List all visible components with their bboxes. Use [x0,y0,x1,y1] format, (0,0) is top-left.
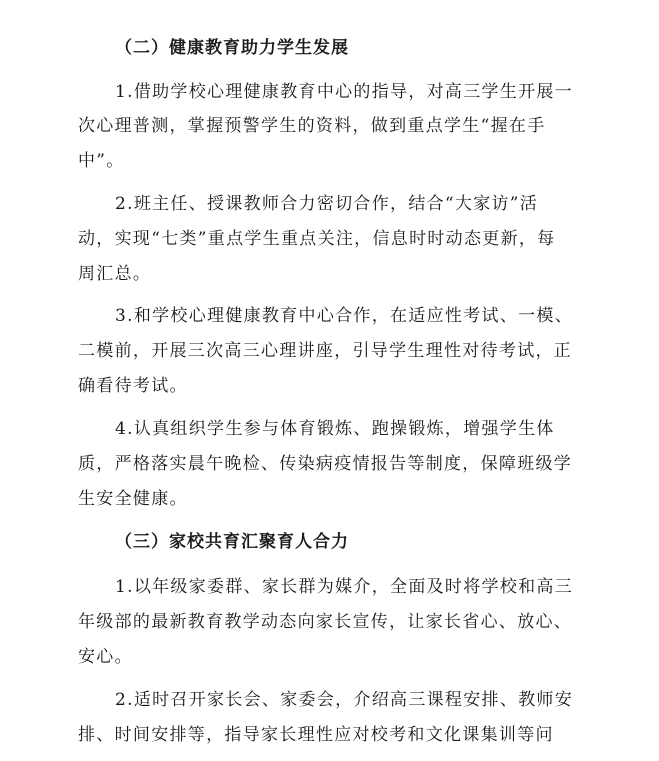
section-heading-3: （三）家校共育汇聚育人合力 [115,527,349,552]
text-line: 确看待考试。 [78,371,188,396]
text-line: 年级部的最新教育教学动态向家长宣传，让家长省心、放心、 [78,607,572,632]
text-line: 周汇总。 [78,259,151,284]
text-line: 排、时间安排等，指导家长理性应对校考和文化课集训等问 [78,720,554,745]
text-line: 质，严格落实晨午晚检、传染病疫情报告等制度，保障班级学 [78,449,572,474]
section-heading-2: （二）健康教育助力学生发展 [115,33,349,58]
text-line: 3.和学校心理健康教育中心合作，在适应性考试、一模、 [115,301,573,326]
text-line: 4.认真组织学生参与体育锻炼、跑操锻炼，增强学生体 [115,414,555,439]
text-line: 1.借助学校心理健康教育中心的指导，对高三学生开展一 [115,77,573,102]
text-line: 生安全健康。 [78,484,188,509]
text-line: 安心。 [78,642,133,667]
text-line: 2.班主任、授课教师合力密切合作，结合“大家访”活 [115,189,538,214]
text-line: 动，实现“七类”重点学生重点关注，信息时时动态更新，每 [78,224,555,249]
text-line: 1.以年级家委群、家长群为媒介，全面及时将学校和高三 [115,572,573,597]
text-line: 二模前，开展三次高三心理讲座，引导学生理性对待考试，正 [78,336,572,361]
text-line: 2.适时召开家长会、家委会，介绍高三课程安排、教师安 [115,685,573,710]
text-line: 次心理普测，掌握预警学生的资料，做到重点学生“握在手 [78,111,546,136]
text-line: 中”。 [78,146,125,171]
